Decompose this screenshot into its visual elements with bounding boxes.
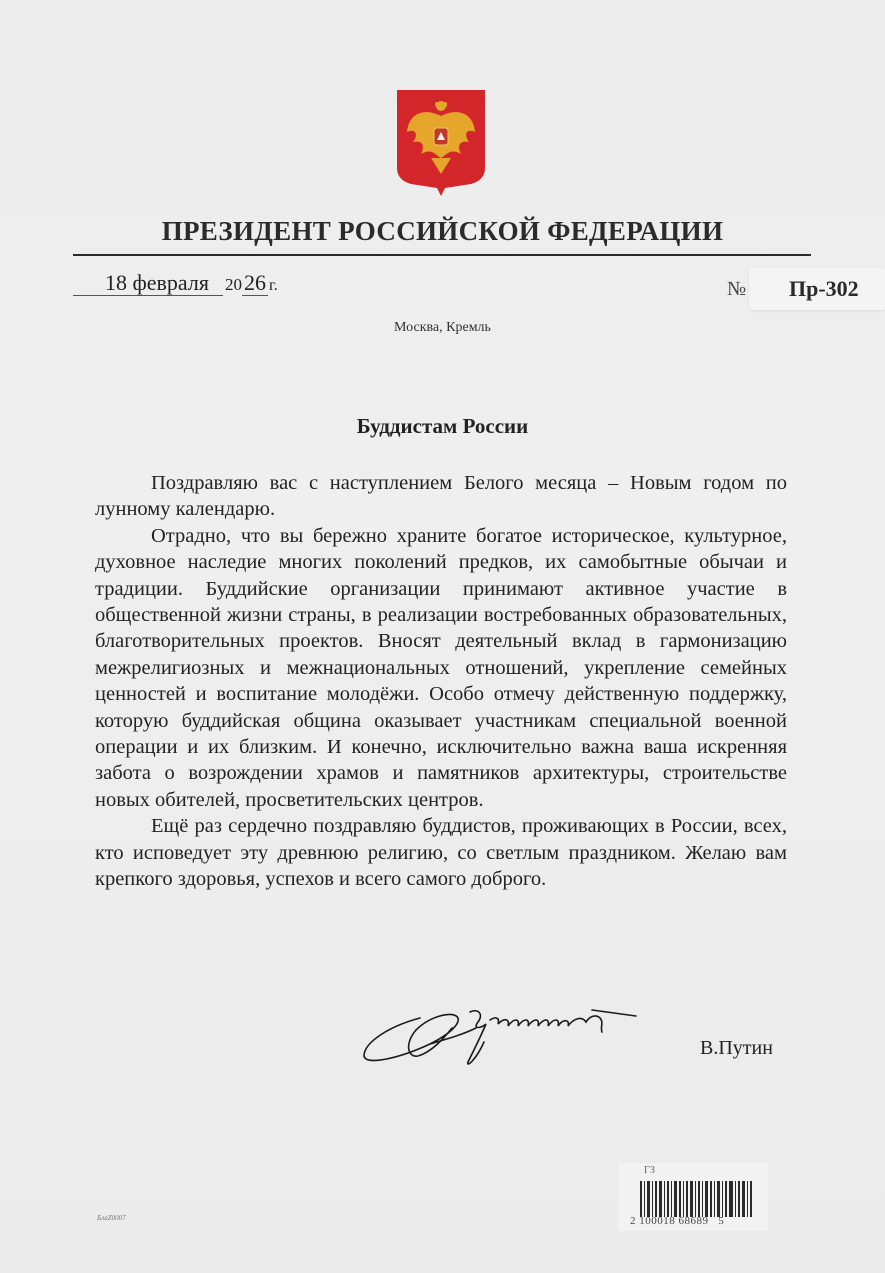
barcode-icon (640, 1181, 752, 1217)
document-number: № Пр-302 (727, 268, 885, 312)
header-divider (73, 254, 811, 256)
document-date: 18 февраля2026г. (73, 270, 278, 296)
barcode-digits: 2 100018 68689 5 (630, 1215, 724, 1227)
number-sticker: Пр-302 (749, 268, 885, 310)
signature-icon (360, 998, 660, 1073)
date-century: 20 (225, 275, 242, 294)
number-value: Пр-302 (789, 276, 859, 302)
number-label: № (727, 278, 746, 301)
date-year: 26 (242, 271, 268, 296)
date-day-month: 18 февраля (73, 271, 223, 296)
signer-name: В.Путин (700, 1037, 773, 1060)
letter-body: Поздравляю вас с наступлением Белого мес… (95, 470, 787, 893)
barcode-sticker: ГЗ 2 100018 68689 5 (618, 1163, 768, 1231)
letter-heading: Буддистам России (0, 414, 885, 439)
barcode-logo: ГЗ (644, 1165, 655, 1176)
document-title: ПРЕЗИДЕНТ РОССИЙСКОЙ ФЕДЕРАЦИИ (0, 216, 885, 247)
date-year-suffix: г. (269, 277, 278, 294)
coat-of-arms-icon (395, 88, 487, 196)
paragraph: Ещё раз сердечно поздравляю буддистов, п… (95, 813, 787, 892)
letter-page: ПРЕЗИДЕНТ РОССИЙСКОЙ ФЕДЕРАЦИИ 18 феврал… (0, 0, 885, 1273)
paragraph: Поздравляю вас с наступлением Белого мес… (95, 470, 787, 523)
document-place: Москва, Кремль (0, 320, 885, 336)
form-code: БлаZ0007 (97, 1214, 126, 1222)
paragraph: Отрадно, что вы бережно храните богатое … (95, 523, 787, 813)
